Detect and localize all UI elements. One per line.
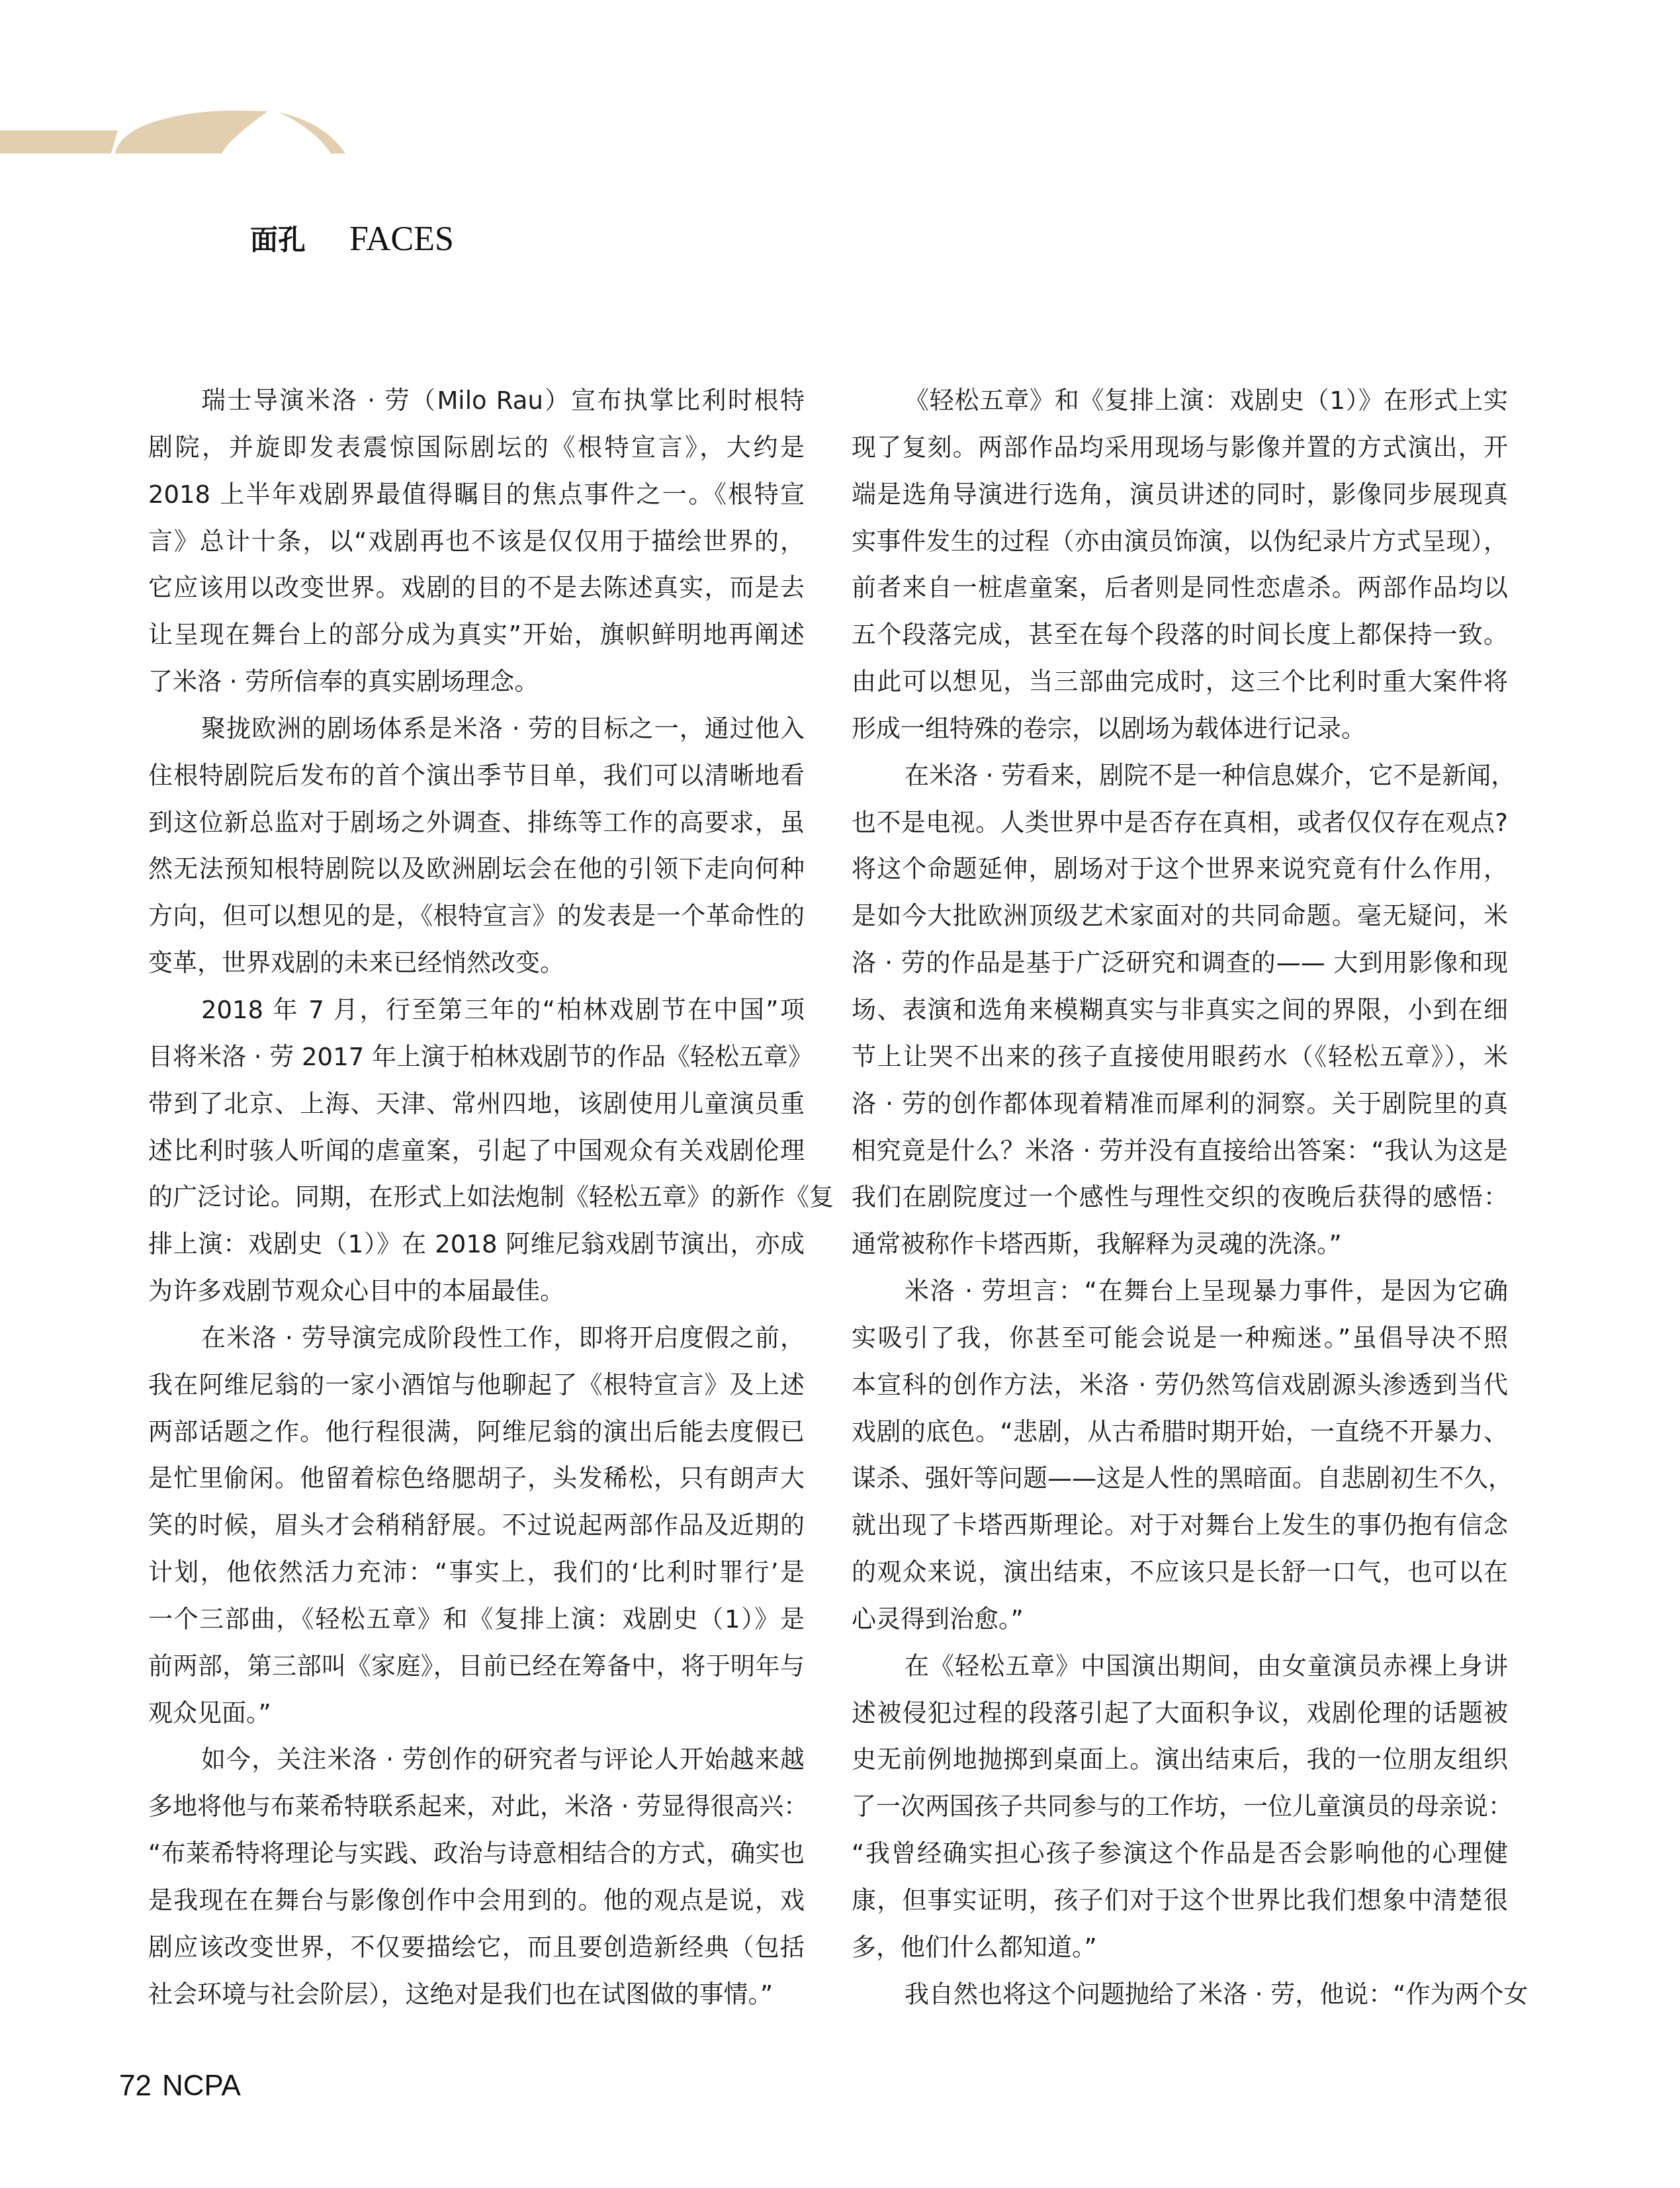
paragraph-line: 洛 · 劳的创作都体现着精准而犀利的洞察。关于剧院里的真 bbox=[852, 1081, 1508, 1128]
banner-bar bbox=[0, 130, 118, 153]
paragraph-line: 住根特剧院后发布的首个演出季节目单，我们可以清晰地看 bbox=[148, 753, 805, 800]
paragraph-line: 多地将他与布莱希特联系起来，对此，米洛 · 劳显得很高兴： bbox=[148, 1784, 805, 1831]
article-column-right: 《轻松五章》和《复排上演：戏剧史（1）》在形式上实现了复刻。两部作品均采用现场与… bbox=[852, 378, 1508, 2019]
paragraph-line: 两部话题之作。他行程很满，阿维尼翁的演出后能去度假已 bbox=[148, 1409, 805, 1456]
paragraph-line: 剧院，并旋即发表震惊国际剧坛的《根特宣言》，大约是 bbox=[148, 425, 805, 472]
paragraph-line: 剧应该改变世界，不仅要描绘它，而且要创造新经典（包括 bbox=[148, 1925, 805, 1972]
page-footer: 72NCPA bbox=[119, 2070, 241, 2103]
page-number: 72 bbox=[119, 2070, 152, 2102]
paragraph-line: 排上演：戏剧史（1）》在 2018 阿维尼翁戏剧节演出，亦成 bbox=[148, 1221, 805, 1268]
paragraph-line: 将这个命题延伸，剧场对于这个世界来说究竟有什么作用， bbox=[852, 846, 1508, 893]
paragraph-line: 然无法预知根特剧院以及欧洲剧坛会在他的引领下走向何种 bbox=[148, 846, 805, 893]
paragraph-line: 《轻松五章》和《复排上演：戏剧史（1）》在形式上实 bbox=[852, 378, 1508, 425]
paragraph-line: 述比利时骇人听闻的虐童案，引起了中国观众有关戏剧伦理 bbox=[148, 1128, 805, 1175]
paragraph-line: 实事件发生的过程（亦由演员饰演，以伪纪录片方式呈现）， bbox=[852, 519, 1508, 566]
banner-arc bbox=[279, 112, 345, 153]
paragraph-line: 一个三部曲，《轻松五章》和《复排上演：戏剧史（1）》是 bbox=[148, 1597, 805, 1643]
paragraph-line: 带到了北京、上海、天津、常州四地，该剧使用儿童演员重 bbox=[148, 1081, 805, 1128]
paragraph-line: 史无前例地抛掷到桌面上。演出结束后，我的一位朋友组织 bbox=[852, 1737, 1508, 1784]
paragraph-line: 是我现在在舞台与影像创作中会用到的。他的观点是说，戏 bbox=[148, 1878, 805, 1925]
paragraph-line: 在米洛 · 劳导演完成阶段性工作，即将开启度假之前， bbox=[148, 1315, 805, 1362]
paragraph-line: 米洛 · 劳坦言：“在舞台上呈现暴力事件，是因为它确 bbox=[852, 1268, 1508, 1315]
paragraph-line: 观众见面。” bbox=[148, 1690, 805, 1737]
paragraph-line: “布莱希特将理论与实践、政治与诗意相结合的方式，确实也 bbox=[148, 1831, 805, 1878]
paragraph-line: 相究竟是什么？米洛 · 劳并没有直接给出答案：“我认为这是 bbox=[852, 1128, 1508, 1175]
paragraph-line: 言》总计十条，以“戏剧再也不该是仅仅用于描绘世界的， bbox=[148, 519, 805, 566]
paragraph-line: 为许多戏剧节观众心目中的本届最佳。 bbox=[148, 1268, 805, 1315]
paragraph-line: 到这位新总监对于剧场之外调查、排练等工作的高要求，虽 bbox=[148, 800, 805, 847]
paragraph-line: 通常被称作卡塔西斯，我解释为灵魂的洗涤。” bbox=[852, 1221, 1508, 1268]
paragraph-line: 前者来自一桩虐童案，后者则是同性恋虐杀。两部作品均以 bbox=[852, 565, 1508, 612]
paragraph-line: 聚拢欧洲的剧场体系是米洛 · 劳的目标之一，通过他入 bbox=[148, 706, 805, 753]
paragraph-line: 了一次两国孩子共同参与的工作坊，一位儿童演员的母亲说： bbox=[852, 1784, 1508, 1831]
paragraph-line: 康，但事实证明，孩子们对于这个世界比我们想象中清楚很 bbox=[852, 1878, 1508, 1925]
paragraph-line: 2018 年 7 月，行至第三年的“柏林戏剧节在中国”项 bbox=[148, 987, 805, 1034]
section-banner-icon bbox=[0, 99, 529, 159]
paragraph-line: 方向，但可以想见的是，《根特宣言》的发表是一个革命性的 bbox=[148, 893, 805, 940]
paragraph-line: 瑞士导演米洛 · 劳（Milo Rau）宣布执掌比利时根特 bbox=[148, 378, 805, 425]
paragraph-line: 也不是电视。人类世界中是否存在真相，或者仅仅存在观点? bbox=[852, 800, 1508, 847]
paragraph-line: 本宣科的创作方法，米洛 · 劳仍然笃信戏剧源头渗透到当代 bbox=[852, 1362, 1508, 1409]
paragraph-line: 前两部，第三部叫《家庭》，目前已经在筹备中，将于明年与 bbox=[148, 1643, 805, 1690]
paragraph-line: 的广泛讨论。同期，在形式上如法炮制《轻松五章》的新作《复 bbox=[148, 1174, 805, 1221]
paragraph-line: 如今，关注米洛 · 劳创作的研究者与评论人开始越来越 bbox=[148, 1737, 805, 1784]
paragraph-line: 述被侵犯过程的段落引起了大面积争议，戏剧伦理的话题被 bbox=[852, 1690, 1508, 1737]
article-column-left: 瑞士导演米洛 · 劳（Milo Rau）宣布执掌比利时根特剧院，并旋即发表震惊国… bbox=[148, 378, 805, 2019]
banner-dome bbox=[115, 110, 268, 153]
paragraph-line: 由此可以想见，当三部曲完成时，这三个比利时重大案件将 bbox=[852, 659, 1508, 706]
paragraph-line: 让呈现在舞台上的部分成为真实”开始，旗帜鲜明地再阐述 bbox=[148, 612, 805, 659]
paragraph-line: 现了复刻。两部作品均采用现场与影像并置的方式演出，开 bbox=[852, 425, 1508, 472]
paragraph-line: 2018 上半年戏剧界最值得瞩目的焦点事件之一。《根特宣 bbox=[148, 472, 805, 519]
paragraph-line: 计划，他依然活力充沛：“事实上，我们的‘比利时罪行’是 bbox=[148, 1550, 805, 1597]
section-title-en: FACES bbox=[349, 221, 454, 258]
paragraph-line: 是如今大批欧洲顶级艺术家面对的共同命题。毫无疑问，米 bbox=[852, 893, 1508, 940]
paragraph-line: 变革，世界戏剧的未来已经悄然改变。 bbox=[148, 940, 805, 987]
paragraph-line: 在米洛 · 劳看来，剧院不是一种信息媒介，它不是新闻， bbox=[852, 753, 1508, 800]
paragraph-line: 洛 · 劳的作品是基于广泛研究和调查的—— 大到用影像和现 bbox=[852, 940, 1508, 987]
paragraph-line: 笑的时候，眉头才会稍稍舒展。不过说起两部作品及近期的 bbox=[148, 1503, 805, 1550]
paragraph-line: 五个段落完成，甚至在每个段落的时间长度上都保持一致。 bbox=[852, 612, 1508, 659]
paragraph-line: 形成一组特殊的卷宗，以剧场为载体进行记录。 bbox=[852, 706, 1508, 753]
paragraph-line: 就出现了卡塔西斯理论。对于对舞台上发生的事仍抱有信念 bbox=[852, 1503, 1508, 1550]
paragraph-line: 实吸引了我，你甚至可能会说是一种痴迷。”虽倡导决不照 bbox=[852, 1315, 1508, 1362]
paragraph-line: “我曾经确实担心孩子参演这个作品是否会影响他的心理健 bbox=[852, 1831, 1508, 1878]
paragraph-line: 节上让哭不出来的孩子直接使用眼药水（《轻松五章》），米 bbox=[852, 1034, 1508, 1081]
paragraph-line: 我在阿维尼翁的一家小酒馆与他聊起了《根特宣言》及上述 bbox=[148, 1362, 805, 1409]
section-header: 面孔 FACES bbox=[0, 99, 529, 159]
paragraph-line: 我们在剧院度过一个感性与理性交织的夜晚后获得的感悟： bbox=[852, 1174, 1508, 1221]
paragraph-line: 在《轻松五章》中国演出期间，由女童演员赤裸上身讲 bbox=[852, 1643, 1508, 1690]
paragraph-line: 了米洛 · 劳所信奉的真实剧场理念。 bbox=[148, 659, 805, 706]
paragraph-line: 端是选角导演进行选角，演员讲述的同时，影像同步展现真 bbox=[852, 472, 1508, 519]
publication-name: NCPA bbox=[162, 2070, 241, 2102]
section-title-cn: 面孔 bbox=[250, 224, 306, 257]
paragraph-line: 多，他们什么都知道。” bbox=[852, 1925, 1508, 1972]
paragraph-line: 谋杀、强奸等问题——这是人性的黑暗面。自悲剧初生不久， bbox=[852, 1456, 1508, 1503]
paragraph-line: 是忙里偷闲。他留着棕色络腮胡子，头发稀松，只有朗声大 bbox=[148, 1456, 805, 1503]
paragraph-line: 戏剧的底色。“悲剧，从古希腊时期开始，一直绕不开暴力、 bbox=[852, 1409, 1508, 1456]
paragraph-line: 目将米洛 · 劳 2017 年上演于柏林戏剧节的作品《轻松五章》 bbox=[148, 1034, 805, 1081]
paragraph-line: 我自然也将这个问题抛给了米洛 · 劳，他说：“作为两个女 bbox=[852, 1972, 1508, 2019]
paragraph-line: 它应该用以改变世界。戏剧的目的不是去陈述真实，而是去 bbox=[148, 565, 805, 612]
paragraph-line: 心灵得到治愈。” bbox=[852, 1597, 1508, 1643]
paragraph-line: 场、表演和选角来模糊真实与非真实之间的界限，小到在细 bbox=[852, 987, 1508, 1034]
paragraph-line: 社会环境与社会阶层），这绝对是我们也在试图做的事情。” bbox=[148, 1972, 805, 2019]
paragraph-line: 的观众来说，演出结束，不应该只是长舒一口气，也可以在 bbox=[852, 1550, 1508, 1597]
